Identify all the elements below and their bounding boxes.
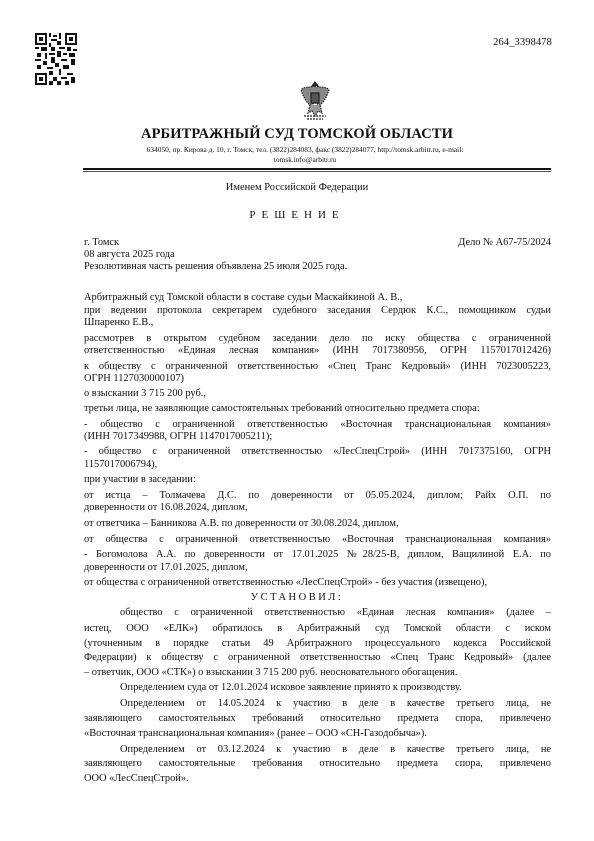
body-line: заявляющего самостоятельных требований о… (84, 713, 551, 725)
body-line: истец, ООО «ЕЛК») обратилось в Арбитражн… (84, 623, 551, 635)
intro-line: к обществу с ограниченной ответственност… (84, 361, 551, 373)
intro-line: (ИНН 7017349988, ОГРН 1147017005211); (84, 431, 551, 443)
case-number: Дело № А67-75/2024 (458, 237, 551, 248)
intro-line: от истца – Толмачева Д.С. по доверенност… (84, 490, 551, 502)
intro-line: третьи лица, не заявляющие самостоятельн… (84, 403, 551, 415)
in-the-name-heading: Именем Российской Федерации (0, 182, 594, 193)
coat-of-arms-icon (298, 78, 332, 122)
body-line: Определением суда от 12.01.2024 исковое … (120, 682, 551, 694)
body-line: Определением от 03.12.2024 к участию в д… (120, 744, 551, 756)
body-line: – ответчик, ООО «СТК») о взыскании 3 715… (84, 667, 551, 679)
resolution-note: Резолютивная часть решения объявлена 25 … (84, 261, 551, 273)
intro-line: доверенности от 16.08.2024, диплом, (84, 502, 551, 514)
court-address: 634050, пр. Кирова д. 10, г. Томск, тел.… (80, 145, 530, 165)
body-line: общество с ограниченной ответственностью… (120, 607, 551, 619)
header-divider (83, 168, 551, 170)
decision-date: 08 августа 2025 года (84, 249, 551, 261)
intro-line: - общество с ограниченной ответственност… (84, 419, 551, 431)
body-line: «Восточная транснациональная компания» (… (84, 728, 551, 740)
intro-line: при участии в заседании: (84, 474, 551, 486)
body-line: ООО «ЛесСпецСтрой». (84, 773, 551, 785)
intro-line: от ответчика – Банникова А.В. по доверен… (84, 518, 551, 530)
body-line: заявляющего самостоятельные требования о… (84, 758, 551, 770)
intro-line: от общества с ограниченной ответственнос… (84, 534, 551, 546)
intro-line: Шпаренко Е.В., (84, 317, 551, 329)
decision-title: РЕШЕНИЕ (0, 209, 594, 221)
intro-line: - общество с ограниченной ответственност… (84, 446, 551, 458)
body-line: Федерации) к обществу с ограниченной отв… (84, 652, 551, 664)
intro-line: 1157017006794), (84, 459, 551, 471)
court-address-line: 634050, пр. Кирова д. 10, г. Томск, тел.… (80, 145, 530, 155)
court-email: tomsk.info@arbitr.ru (80, 155, 530, 165)
intro-line: ОГРН 1127030000107) (84, 373, 551, 385)
intro-line: Арбитражный суд Томской области в состав… (84, 292, 551, 304)
document-id: 264_3398478 (493, 37, 552, 48)
established-heading: УСТАНОВИЛ: (0, 592, 594, 603)
intro-line: ответственностью «Единая лесная компания… (84, 345, 551, 357)
header-divider-thin (83, 171, 551, 172)
body-line: (уточненным в порядке статьи 49 Арбитраж… (84, 638, 551, 650)
intro-line: от общества с ограниченной ответственнос… (84, 577, 551, 589)
intro-line: доверенности от 17.01.2025, диплом, (84, 562, 551, 574)
qr-code-icon (35, 33, 77, 85)
body-line: Определением от 14.05.2024 к участию в д… (120, 698, 551, 710)
intro-line: - Богомолова А.А. по доверенности от 17.… (84, 549, 551, 561)
intro-line: о взыскании 3 715 200 руб., (84, 388, 551, 400)
court-name: АРБИТРАЖНЫЙ СУД ТОМСКОЙ ОБЛАСТИ (0, 126, 594, 143)
intro-line: при ведении протокола секретарем судебно… (84, 305, 551, 317)
intro-line: рассмотрев в открытом судебном заседании… (84, 333, 551, 345)
